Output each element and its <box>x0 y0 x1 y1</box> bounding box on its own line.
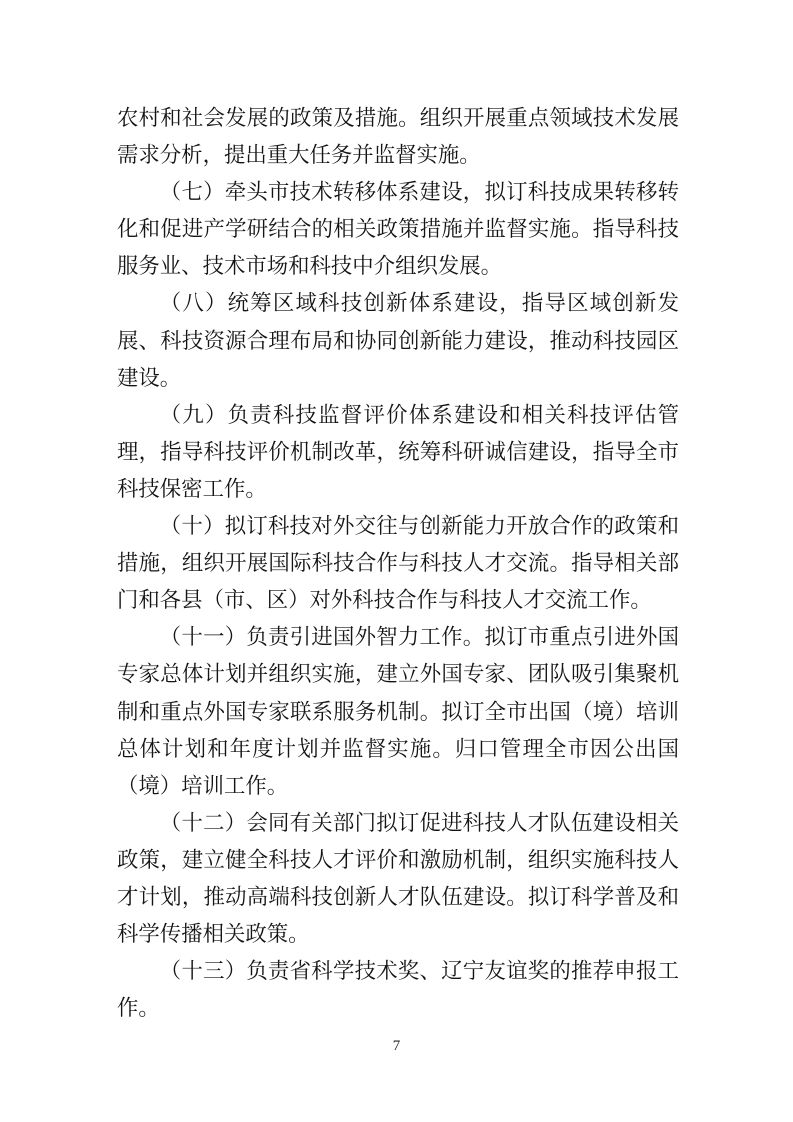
paragraph: （十二）会同有关部门拟订促进科技人才队伍建设相关政策，建立健全科技人才评价和激励… <box>117 805 679 953</box>
paragraph: （十一）负责引进国外智力工作。拟订市重点引进外国专家总体计划并组织实施，建立外国… <box>117 619 679 804</box>
paragraph: （七）牵头市技术转移体系建设，拟订科技成果转移转化和促进产学研结合的相关政策措施… <box>117 174 679 285</box>
paragraph: 农村和社会发展的政策及措施。组织开展重点领域技术发展需求分析，提出重大任务并监督… <box>117 100 679 174</box>
document-body-text: 农村和社会发展的政策及措施。组织开展重点领域技术发展需求分析，提出重大任务并监督… <box>117 100 679 1027</box>
page-number: 7 <box>0 1036 793 1056</box>
paragraph: （十三）负责省科学技术奖、辽宁友谊奖的推荐申报工作。 <box>117 953 679 1027</box>
document-page: 农村和社会发展的政策及措施。组织开展重点领域技术发展需求分析，提出重大任务并监督… <box>0 0 793 1122</box>
paragraph: （九）负责科技监督评价体系建设和相关科技评估管理，指导科技评价机制改革，统筹科研… <box>117 397 679 508</box>
paragraph: （八）统筹区域科技创新体系建设，指导区域创新发展、科技资源合理布局和协同创新能力… <box>117 285 679 396</box>
paragraph: （十）拟订科技对外交往与创新能力开放合作的政策和措施，组织开展国际科技合作与科技… <box>117 508 679 619</box>
